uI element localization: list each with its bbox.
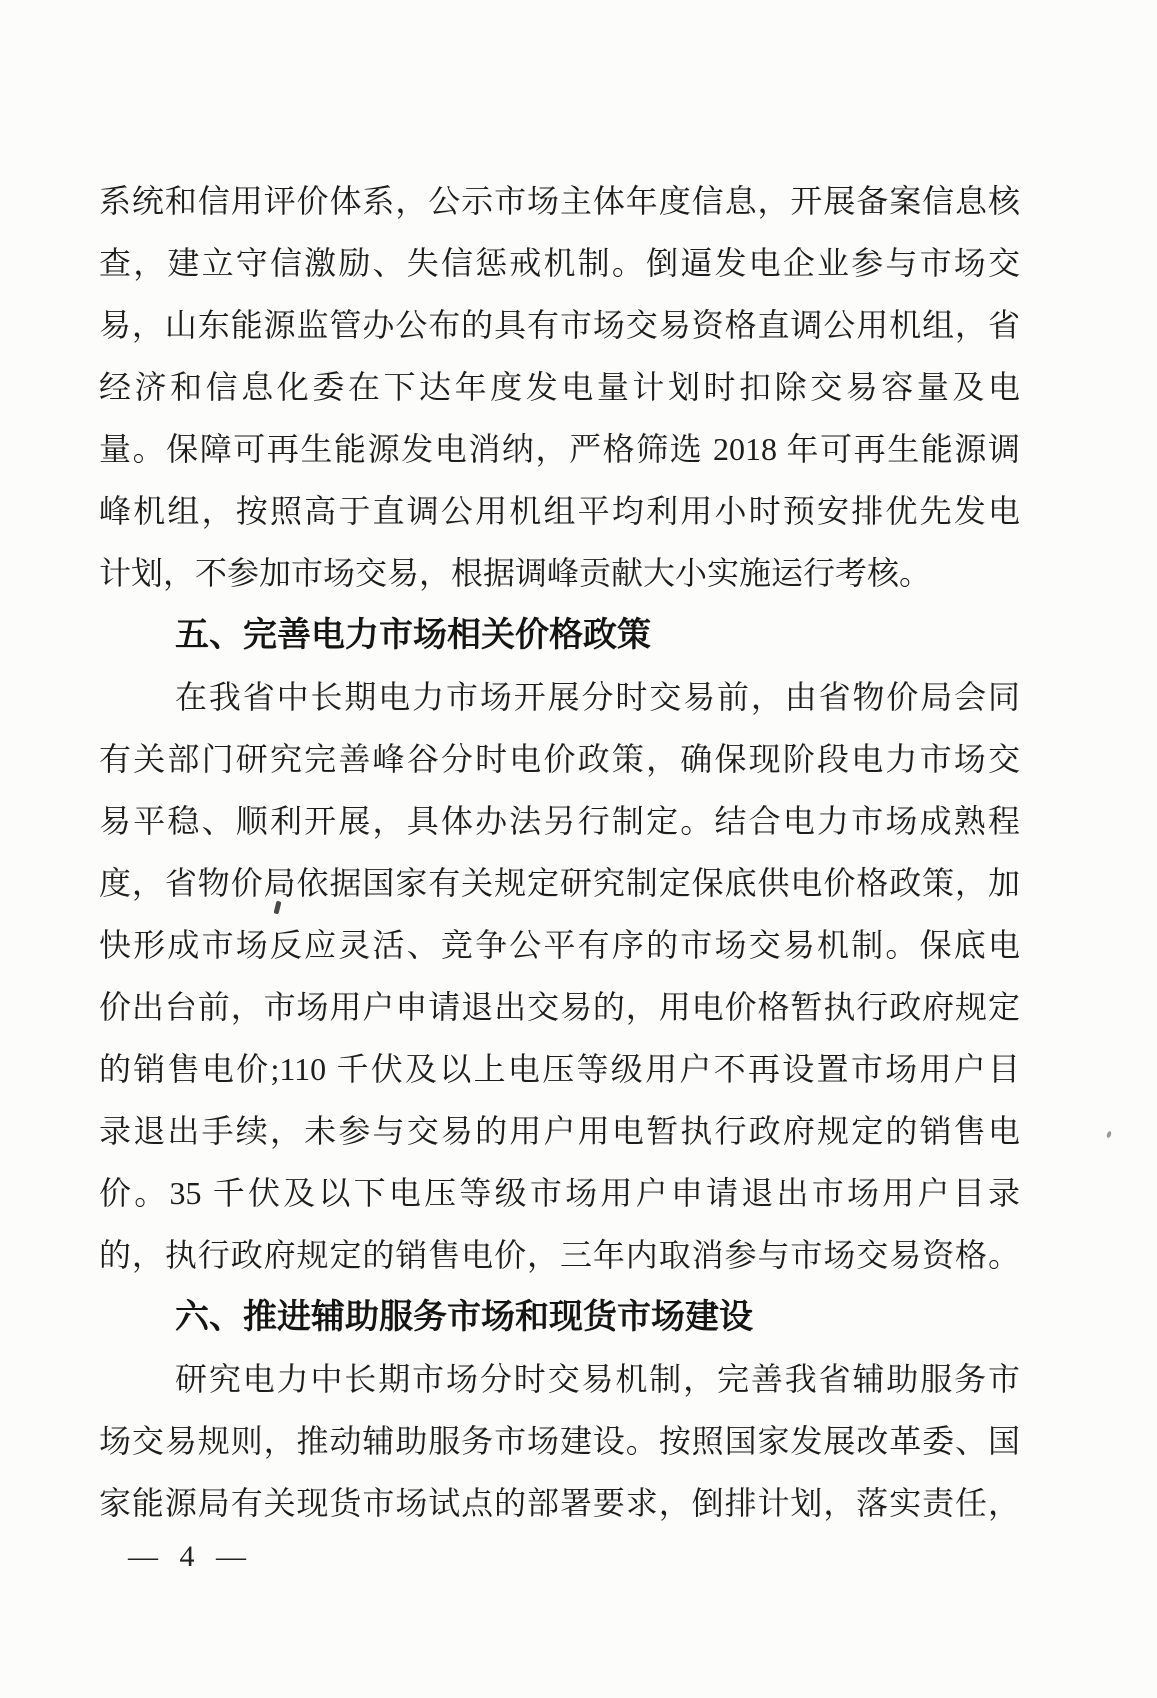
- document-line: 价出台前，市场用户申请退出交易的，用电价格暂执行政府规定: [99, 976, 1020, 1038]
- document-line: 研究电力中长期市场分时交易机制，完善我省辅助服务市: [99, 1348, 1020, 1410]
- document-line: 场交易规则，推动辅助服务市场建设。按照国家发展改革委、国: [99, 1410, 1020, 1472]
- document-line: 查，建立守信激励、失信惩戒机制。倒逼发电企业参与市场交: [99, 232, 1020, 294]
- document-text-block: 系统和信用评价体系，公示市场主体年度信息，开展备案信息核查，建立守信激励、失信惩…: [99, 170, 1020, 1534]
- document-line: 经济和信息化委在下达年度发电量计划时扣除交易容量及电: [99, 356, 1020, 418]
- document-line: 的销售电价;110 千伏及以上电压等级用户不再设置市场用户目: [99, 1038, 1020, 1100]
- document-line: 录退出手续，未参与交易的用户用电暂执行政府规定的销售电: [99, 1100, 1020, 1162]
- document-line: 易，山东能源监管办公布的具有市场交易资格直调公用机组，省: [99, 294, 1020, 356]
- document-page: 系统和信用评价体系，公示市场主体年度信息，开展备案信息核查，建立守信激励、失信惩…: [0, 0, 1157, 1698]
- document-line: 在我省中长期电力市场开展分时交易前，由省物价局会同: [99, 666, 1020, 728]
- document-line: 量。保障可再生能源发电消纳，严格筛选 2018 年可再生能源调: [99, 418, 1020, 480]
- document-line: 快形成市场反应灵活、竞争公平有序的市场交易机制。保底电: [99, 914, 1020, 976]
- scan-artifact-speck: [1106, 1131, 1112, 1139]
- document-line: 五、完善电力市场相关价格政策: [99, 604, 1020, 666]
- document-line: 峰机组，按照高于直调公用机组平均利用小时预安排优先发电: [99, 480, 1020, 542]
- document-line: 有关部门研究完善峰谷分时电价政策，确保现阶段电力市场交: [99, 728, 1020, 790]
- document-line: 六、推进辅助服务市场和现货市场建设: [99, 1286, 1020, 1348]
- document-line: 易平稳、顺利开展，具体办法另行制定。结合电力市场成熟程: [99, 790, 1020, 852]
- document-line: 的，执行政府规定的销售电价，三年内取消参与市场交易资格。: [99, 1224, 1020, 1286]
- document-line: 价。35 千伏及以下电压等级市场用户申请退出市场用户目录: [99, 1162, 1020, 1224]
- document-line: 系统和信用评价体系，公示市场主体年度信息，开展备案信息核: [99, 170, 1020, 232]
- document-line: 家能源局有关现货市场试点的部署要求，倒排计划，落实责任，: [99, 1472, 1020, 1534]
- document-line: 度，省物价局依据国家有关规定研究制定保底供电价格政策，加: [99, 852, 1020, 914]
- page-number: — 4 —: [128, 1540, 253, 1574]
- document-line: 计划，不参加市场交易，根据调峰贡献大小实施运行考核。: [99, 542, 1020, 604]
